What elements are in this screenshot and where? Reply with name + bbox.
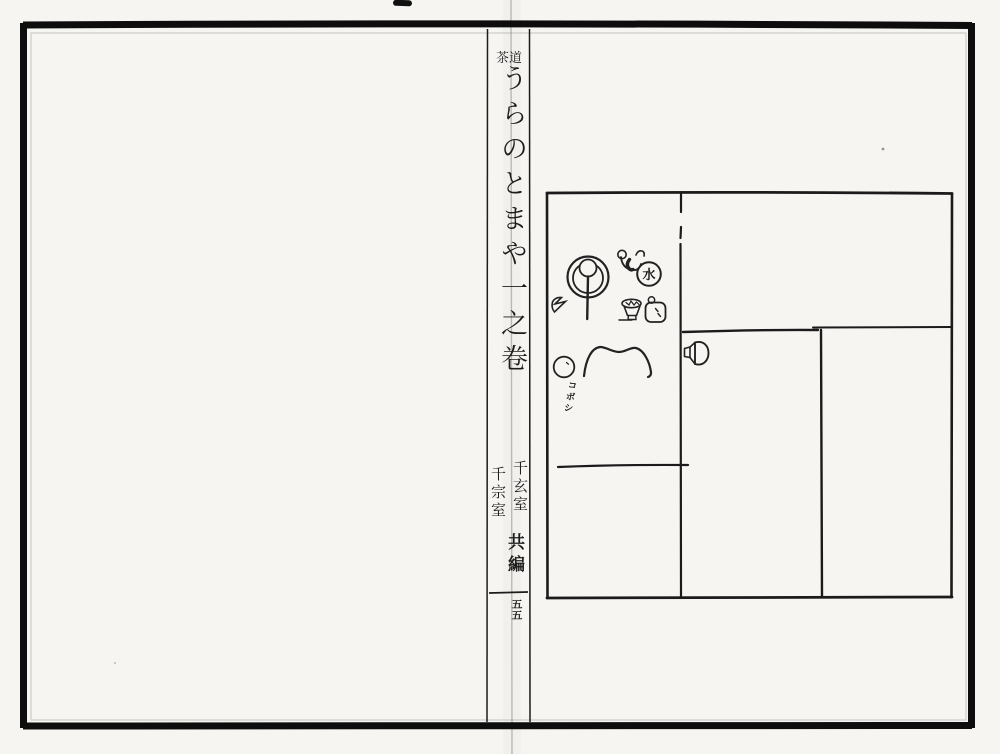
- editor-name-left: 千宗室: [489, 466, 504, 520]
- tearoom-plan: [547, 192, 952, 598]
- fan-icon: [685, 342, 709, 365]
- tatami-divider-short: [558, 465, 688, 467]
- tatami-divider-horizontal: [683, 327, 952, 332]
- tatami-divider-vertical-left: [681, 194, 682, 597]
- folded-cloth-icon: [552, 297, 565, 312]
- spine-divider: [489, 592, 528, 593]
- spine-title: うらのとまや一之卷: [498, 64, 525, 379]
- ink-smudge: [393, 0, 412, 6]
- water-jar-label: 水: [643, 268, 656, 281]
- editor-name-right: 千玄室: [511, 460, 526, 514]
- whisk-icon: [626, 301, 639, 305]
- room-outline: [547, 192, 952, 598]
- tea-caddy-icon: [646, 297, 666, 322]
- utensils: [552, 250, 708, 377]
- tatami-divider-vertical-right: [821, 330, 822, 597]
- page-number: 五五: [510, 599, 521, 621]
- co-edit-label: 共編: [506, 533, 523, 577]
- ladle-icon: [580, 260, 597, 320]
- host-seat-arc: [584, 347, 651, 377]
- scanned-book-page: 茶道 うらのとまや一之卷 千玄室 千宗室 共編 五五 水 コボシ: [0, 0, 1000, 754]
- tea-bowl-icon: [619, 299, 641, 320]
- slop-bowl-icon: [554, 357, 575, 378]
